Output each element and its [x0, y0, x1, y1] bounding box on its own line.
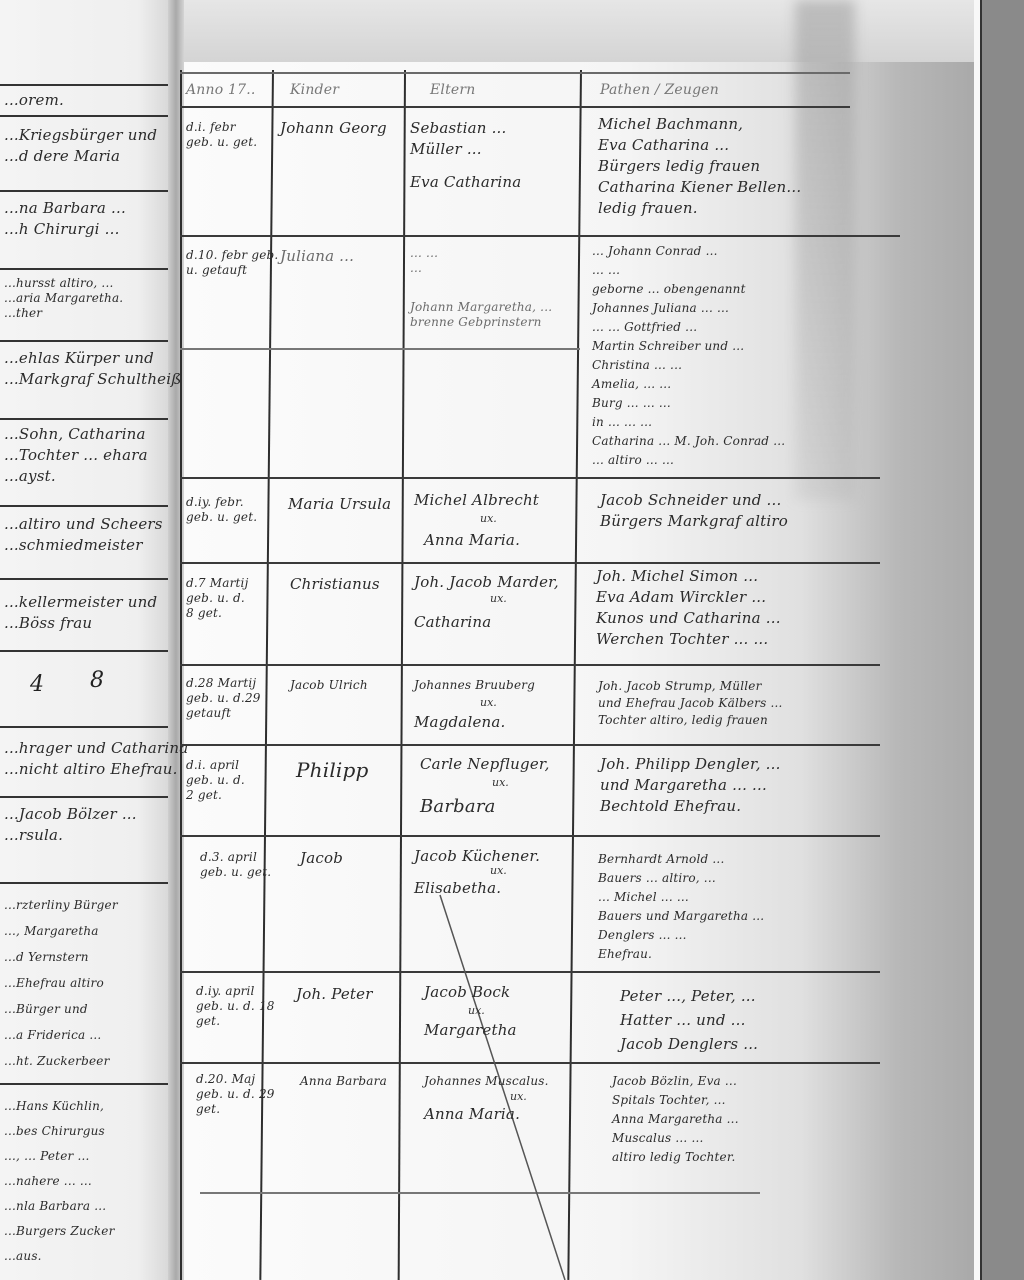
entry-child: Philipp: [296, 760, 369, 781]
entry-mother: Margaretha: [424, 1020, 517, 1041]
entry-sponsors: Joh. Jacob Strump, Müller und Ehefrau Ja…: [598, 678, 783, 729]
entry-ux: ux.: [490, 592, 507, 605]
entry-mother: Elisabetha.: [414, 878, 501, 899]
entry-child: Jacob: [300, 848, 343, 869]
entry-father: Jacob Bock: [424, 982, 510, 1003]
entry-father: Johannes Bruuberg: [414, 678, 535, 693]
entry-ux: ux.: [480, 696, 497, 709]
entry-father: Michel Albrecht: [414, 490, 539, 511]
entry-ux: ux.: [490, 864, 507, 877]
column-header-children: Kinder: [290, 80, 339, 101]
entry-ux: ux.: [510, 1090, 527, 1103]
entry-mother: Anna Maria.: [424, 530, 520, 551]
entry-sponsors: Jacob Bözlin, Eva ... Spitals Tochter, .…: [612, 1072, 739, 1167]
entry-date: d.i. april geb. u. d. 2 get.: [186, 758, 245, 803]
entry-date: d.3. april geb. u. get.: [200, 850, 271, 880]
entry-date: d.i. febr geb. u. get.: [186, 120, 257, 150]
entry-mother: Catharina: [414, 612, 491, 633]
entry-child: Maria Ursula: [288, 494, 391, 515]
entry-sponsors: ... Johann Conrad ... ... ... geborne ..…: [592, 242, 785, 470]
entry-child: Anna Barbara: [300, 1074, 387, 1089]
entry-child: Christianus: [290, 574, 380, 595]
entry-sponsors: Michel Bachmann, Eva Catharina ... Bürge…: [598, 114, 801, 219]
entry-child: Johann Georg: [280, 118, 387, 139]
entry-sponsors: Peter ..., Peter, ... Hatter ... und ...…: [620, 984, 758, 1056]
entry-child: Jacob Ulrich: [290, 678, 368, 693]
entry-mother: Magdalena.: [414, 712, 506, 733]
entry-sponsors: Joh. Philipp Dengler, ... und Margaretha…: [600, 754, 781, 817]
entry-sponsors: Bernhardt Arnold ... Bauers ... altiro, …: [598, 850, 764, 964]
entry-father: Joh. Jacob Marder,: [414, 572, 559, 593]
column-header-date: Anno 17..: [186, 80, 256, 101]
entry-date: d.iy. febr. geb. u. get.: [186, 495, 257, 525]
column-header-parents: Eltern: [430, 80, 476, 101]
entry-mother: Johann Margaretha, ... brenne Gebprinste…: [410, 300, 552, 330]
entry-ux: ux.: [492, 776, 509, 789]
entry-father: ... ... ...: [410, 246, 438, 276]
entry-date: d.7 Martij geb. u. d. 8 get.: [186, 576, 249, 621]
entry-child: Joh. Peter: [296, 984, 373, 1005]
entry-father: Sebastian ... Müller ...: [410, 118, 507, 160]
entry-father: Johannes Muscalus.: [424, 1074, 549, 1089]
entry-mother: Anna Maria.: [424, 1104, 520, 1125]
entry-mother: Eva Catharina: [410, 172, 521, 193]
entry-date: d.28 Martij geb. u. d.29 getauft: [186, 676, 261, 721]
entry-date: d.iy. april geb. u. d. 18 get.: [196, 984, 275, 1029]
entry-sponsors: Joh. Michel Simon ... Eva Adam Wirckler …: [596, 566, 781, 650]
entry-date: d.20. Maj geb. u. d. 29 get.: [196, 1072, 275, 1117]
entry-ux: ux.: [468, 1004, 485, 1017]
entry-child: Juliana ...: [280, 246, 354, 267]
entry-ux: ux.: [480, 512, 497, 525]
entry-mother: Barbara: [420, 796, 496, 817]
entry-father: Carle Nepfluger,: [420, 754, 550, 775]
entry-sponsors: Jacob Schneider und ... Bürgers Markgraf…: [600, 490, 788, 532]
scanned-register-page: ...orem. ...Kriegsbürger und ...d dere M…: [0, 0, 1024, 1280]
entry-date: d.10. febr geb. u. getauft: [186, 248, 278, 278]
entry-father: Jacob Küchener.: [414, 846, 540, 867]
column-header-sponsors: Pathen / Zeugen: [600, 80, 719, 101]
